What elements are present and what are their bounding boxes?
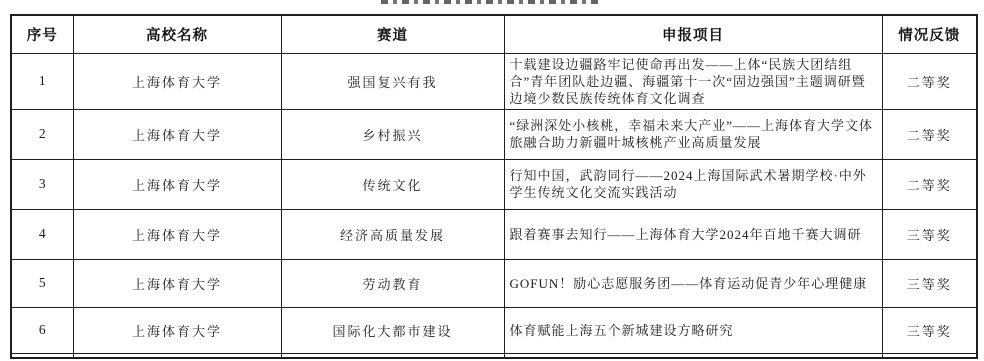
cell-university: 上海体育大学 bbox=[73, 109, 281, 159]
cell-feedback: 三等奖 bbox=[882, 307, 977, 353]
cell-university: 上海体育大学 bbox=[73, 209, 281, 259]
cell-serial: 1 bbox=[11, 53, 73, 109]
table-header-row: 序号 高校名称 赛道 申报项目 情况反馈 bbox=[11, 15, 977, 53]
cell-serial: 5 bbox=[11, 259, 73, 307]
cell-project: 行知中国，武韵同行——2024上海国际武术暑期学校·中外学生传统文化交流实践活动 bbox=[504, 159, 882, 209]
table-row: 6 上海体育大学 国际化大都市建设 体育赋能上海五个新城建设方略研究 三等奖 bbox=[11, 307, 977, 353]
cell-feedback: 三等奖 bbox=[882, 209, 977, 259]
cell-university: 上海体育大学 bbox=[73, 53, 281, 109]
cell-serial: 2 bbox=[11, 109, 73, 159]
document-page: { "table": { "headers": ["序号", "高校名称", "… bbox=[0, 0, 984, 361]
table-row: 4 上海体育大学 经济高质量发展 跟着赛事去知行——上海体育大学2024年百地千… bbox=[11, 209, 977, 259]
cell-university: 上海体育大学 bbox=[73, 159, 281, 209]
table-row: 2 上海体育大学 乡村振兴 “绿洲深处小核桃，幸福未来大产业”——上海体育大学文… bbox=[11, 109, 977, 159]
cell-feedback: 二等奖 bbox=[882, 53, 977, 109]
cell-serial: 3 bbox=[11, 159, 73, 209]
table-row: 3 上海体育大学 传统文化 行知中国，武韵同行——2024上海国际武术暑期学校·… bbox=[11, 159, 977, 209]
awards-table-container: 序号 高校名称 赛道 申报项目 情况反馈 1 上海体育大学 强国复兴有我 十载建… bbox=[10, 14, 976, 359]
cell-track: 强国复兴有我 bbox=[281, 53, 504, 109]
awards-table: 序号 高校名称 赛道 申报项目 情况反馈 1 上海体育大学 强国复兴有我 十载建… bbox=[10, 14, 978, 359]
cell-track: 经济高质量发展 bbox=[281, 209, 504, 259]
cell-project: 十载建设边疆路牢记使命再出发——上体“民族大团结组合”青年团队赴边疆、海疆第十一… bbox=[504, 53, 882, 109]
header-serial-number: 序号 bbox=[11, 15, 73, 53]
partial-next-row bbox=[11, 353, 977, 358]
cell-feedback: 三等奖 bbox=[882, 259, 977, 307]
cell-serial: 6 bbox=[11, 307, 73, 353]
header-project: 申报项目 bbox=[504, 15, 882, 53]
cell-track: 传统文化 bbox=[281, 159, 504, 209]
cell-track: 乡村振兴 bbox=[281, 109, 504, 159]
table-row: 1 上海体育大学 强国复兴有我 十载建设边疆路牢记使命再出发——上体“民族大团结… bbox=[11, 53, 977, 109]
header-track: 赛道 bbox=[281, 15, 504, 53]
table-row: 5 上海体育大学 劳动教育 GOFUN！励心志愿服务团——体育运动促青少年心理健… bbox=[11, 259, 977, 307]
cell-track: 劳动教育 bbox=[281, 259, 504, 307]
cell-project: 跟着赛事去知行——上海体育大学2024年百地千赛大调研 bbox=[504, 209, 882, 259]
cell-university: 上海体育大学 bbox=[73, 259, 281, 307]
header-feedback: 情况反馈 bbox=[882, 15, 977, 53]
cell-feedback: 二等奖 bbox=[882, 109, 977, 159]
cell-feedback: 二等奖 bbox=[882, 159, 977, 209]
cell-project: GOFUN！励心志愿服务团——体育运动促青少年心理健康 bbox=[504, 259, 882, 307]
cell-project: 体育赋能上海五个新城建设方略研究 bbox=[504, 307, 882, 353]
clipped-page-title-fragment bbox=[381, 0, 603, 4]
cell-track: 国际化大都市建设 bbox=[281, 307, 504, 353]
cell-project: “绿洲深处小核桃，幸福未来大产业”——上海体育大学文体旅融合助力新疆叶城核桃产业… bbox=[504, 109, 882, 159]
cell-university: 上海体育大学 bbox=[73, 307, 281, 353]
cell-serial: 4 bbox=[11, 209, 73, 259]
header-university-name: 高校名称 bbox=[73, 15, 281, 53]
